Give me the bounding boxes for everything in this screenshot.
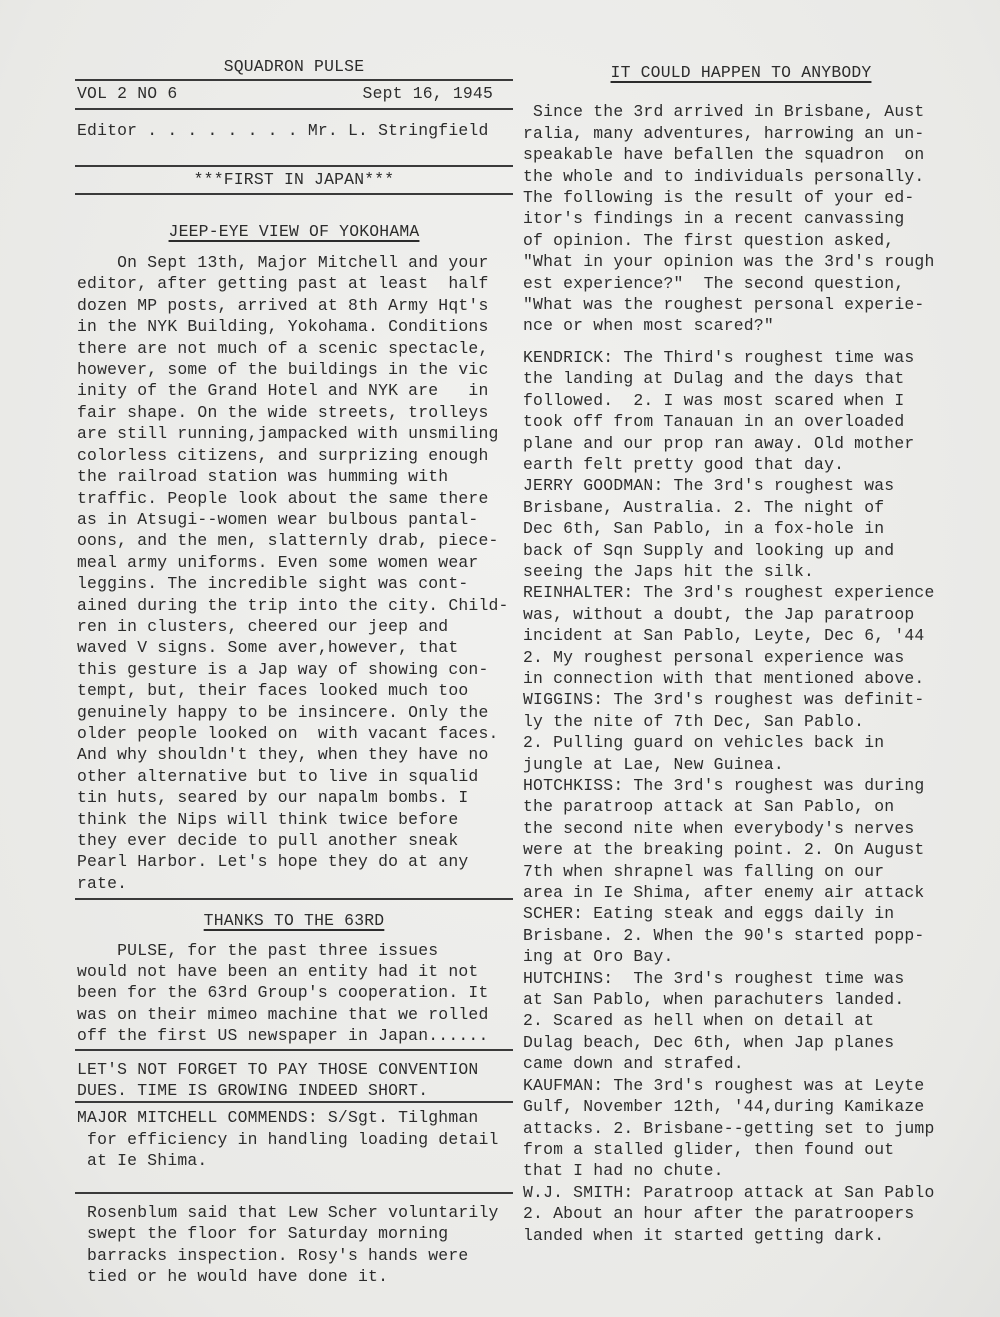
- text-line: tied or he would have done it.: [77, 1266, 513, 1287]
- text-line: however, some of the buildings in the vi…: [77, 359, 513, 380]
- text-line: ained during the trip into the city. Chi…: [77, 595, 513, 616]
- text-line: 7th when shrapnel was falling on our: [523, 861, 961, 882]
- text-line: JERRY GOODMAN: The 3rd's roughest was: [523, 475, 961, 496]
- text-line: "What in your opinion was the 3rd's roug…: [523, 251, 961, 272]
- text-line: And why shouldn't they, when they have n…: [77, 744, 513, 765]
- text-line: followed. 2. I was most scared when I: [523, 390, 961, 411]
- article-intro-anybody: Since the 3rd arrived in Brisbane, Austr…: [521, 101, 961, 336]
- text-line: landed when it started getting dark.: [523, 1225, 961, 1246]
- text-line: jungle at Lae, New Guinea.: [523, 754, 961, 775]
- text-line: Since the 3rd arrived in Brisbane, Aust: [523, 101, 961, 122]
- article-headline-thanks: THANKS TO THE 63RD: [75, 910, 513, 931]
- text-line: leggins. The incredible sight was cont-: [77, 573, 513, 594]
- text-line: back of Sqn Supply and looking up and: [523, 540, 961, 561]
- divider: [75, 1101, 513, 1103]
- text-line: The following is the result of your ed-: [523, 187, 961, 208]
- text-line: MAJOR MITCHELL COMMENDS: S/Sgt. Tilghman: [77, 1107, 513, 1128]
- text-line: would not have been an entity had it not: [77, 961, 513, 982]
- text-line: for efficiency in handling loading detai…: [77, 1129, 513, 1150]
- volume-number: VOL 2 NO 6: [77, 83, 177, 104]
- text-line: are still running,jampacked with unsmili…: [77, 423, 513, 444]
- text-line: seeing the Japs hit the silk.: [523, 561, 961, 582]
- text-line: waved V signs. Some aver,however, that: [77, 637, 513, 658]
- text-line: rate.: [77, 873, 513, 894]
- text-line: inity of the Grand Hotel and NYK are in: [77, 380, 513, 401]
- divider: [75, 79, 513, 81]
- text-line: area in Ie Shima, after enemy air attack: [523, 882, 961, 903]
- text-line: tin huts, seared by our napalm bombs. I: [77, 787, 513, 808]
- text-line: Gulf, November 12th, '44,during Kamikaze: [523, 1096, 961, 1117]
- text-line: the paratroop attack at San Pablo, on: [523, 796, 961, 817]
- text-line: earth felt pretty good that day.: [523, 454, 961, 475]
- text-line: the landing at Dulag and the days that: [523, 368, 961, 389]
- article-headline-anybody: IT COULD HAPPEN TO ANYBODY: [521, 62, 961, 83]
- divider: [75, 1049, 513, 1051]
- text-line: swept the floor for Saturday morning: [77, 1223, 513, 1244]
- text-line: attacks. 2. Brisbane--getting set to jum…: [523, 1118, 961, 1139]
- notice-rosenblum: Rosenblum said that Lew Scher voluntaril…: [75, 1202, 513, 1288]
- article-body-thanks: PULSE, for the past three issueswould no…: [75, 940, 513, 1047]
- text-line: off the first US newspaper in Japan.....…: [77, 1025, 513, 1046]
- text-line: Dec 6th, San Pablo, in a fox-hole in: [523, 518, 961, 539]
- text-line: Pearl Harbor. Let's hope they do at any: [77, 851, 513, 872]
- text-line: genuinely happy to be insincere. Only th…: [77, 702, 513, 723]
- text-line: in connection with that mentioned above.: [523, 668, 961, 689]
- text-line: LET'S NOT FORGET TO PAY THOSE CONVENTION: [77, 1059, 513, 1080]
- issue-info-row: VOL 2 NO 6 Sept 16, 1945: [75, 83, 513, 104]
- article-responses-anybody: KENDRICK: The Third's roughest time wast…: [521, 347, 961, 1246]
- text-line: there are not much of a scenic spectacle…: [77, 338, 513, 359]
- text-line: of opinion. The first question asked,: [523, 230, 961, 251]
- text-line: SCHER: Eating steak and eggs daily in: [523, 903, 961, 924]
- text-line: KAUFMAN: The 3rd's roughest was at Leyte: [523, 1075, 961, 1096]
- text-line: ly the nite of 7th Dec, San Pablo.: [523, 711, 961, 732]
- text-line: was, without a doubt, the Jap paratroop: [523, 604, 961, 625]
- left-column: SQUADRON PULSE VOL 2 NO 6 Sept 16, 1945 …: [75, 56, 513, 1287]
- text-line: W.J. SMITH: Paratroop attack at San Pabl…: [523, 1182, 961, 1203]
- text-line: KENDRICK: The Third's roughest time was: [523, 347, 961, 368]
- text-line: "What was the roughest personal experie-: [523, 294, 961, 315]
- text-line: was on their mimeo machine that we rolle…: [77, 1004, 513, 1025]
- text-line: fair shape. On the wide streets, trolley…: [77, 402, 513, 423]
- text-line: this gesture is a Jap way of showing con…: [77, 659, 513, 680]
- text-line: plane and our prop ran away. Old mother: [523, 433, 961, 454]
- text-line: the railroad station was humming with: [77, 466, 513, 487]
- text-line: think the Nips will think twice before: [77, 809, 513, 830]
- text-line: they ever decide to pull another sneak: [77, 830, 513, 851]
- text-line: PULSE, for the past three issues: [77, 940, 513, 961]
- text-line: editor, after getting past at least half: [77, 273, 513, 294]
- text-line: meal army uniforms. Even some women wear: [77, 552, 513, 573]
- text-line: 2. My roughest personal experience was: [523, 647, 961, 668]
- text-line: Brisbane. 2. When the 90's started popp-: [523, 925, 961, 946]
- text-line: Brisbane, Australia. 2. The night of: [523, 497, 961, 518]
- text-line: traffic. People look about the same ther…: [77, 488, 513, 509]
- right-column: IT COULD HAPPEN TO ANYBODY Since the 3rd…: [521, 62, 961, 1246]
- text-line: ralia, many adventures, harrowing an un-: [523, 123, 961, 144]
- section-banner: ***FIRST IN JAPAN***: [75, 169, 513, 190]
- text-line: Rosenblum said that Lew Scher voluntaril…: [77, 1202, 513, 1223]
- text-line: in the NYK Building, Yokohama. Condition…: [77, 316, 513, 337]
- text-line: at Ie Shima.: [77, 1150, 513, 1171]
- text-line: HOTCHKISS: The 3rd's roughest was during: [523, 775, 961, 796]
- editor-credit: Editor . . . . . . . . Mr. L. Stringfiel…: [75, 120, 513, 141]
- text-line: were at the breaking point. 2. On August: [523, 839, 961, 860]
- text-line: at San Pablo, when parachuters landed.: [523, 989, 961, 1010]
- divider: [75, 193, 513, 195]
- divider: [75, 108, 513, 110]
- text-line: Dulag beach, Dec 6th, when Jap planes: [523, 1032, 961, 1053]
- text-line: REINHALTER: The 3rd's roughest experienc…: [523, 582, 961, 603]
- notice-commends: MAJOR MITCHELL COMMENDS: S/Sgt. Tilghman…: [75, 1107, 513, 1171]
- article-body-jeep: On Sept 13th, Major Mitchell and youredi…: [75, 252, 513, 894]
- notice-dues: LET'S NOT FORGET TO PAY THOSE CONVENTION…: [75, 1059, 513, 1102]
- text-line: 2. Pulling guard on vehicles back in: [523, 732, 961, 753]
- text-line: that I had no chute.: [523, 1160, 961, 1181]
- text-line: incident at San Pablo, Leyte, Dec 6, '44: [523, 625, 961, 646]
- article-headline-jeep: JEEP-EYE VIEW OF YOKOHAMA: [75, 221, 513, 242]
- text-line: the second nite when everybody's nerves: [523, 818, 961, 839]
- masthead-title: SQUADRON PULSE: [75, 56, 513, 77]
- text-line: as in Atsugi--women wear bulbous pantal-: [77, 509, 513, 530]
- divider: [75, 165, 513, 167]
- text-line: barracks inspection. Rosy's hands were: [77, 1245, 513, 1266]
- text-line: itor's findings in a recent canvassing: [523, 208, 961, 229]
- text-line: DUES. TIME IS GROWING INDEED SHORT.: [77, 1080, 513, 1101]
- divider: [75, 1192, 513, 1194]
- issue-date: Sept 16, 1945: [363, 83, 493, 104]
- text-line: ing at Oro Bay.: [523, 946, 961, 967]
- text-line: ren in clusters, cheered our jeep and: [77, 616, 513, 637]
- text-line: nce or when most scared?": [523, 315, 961, 336]
- text-line: other alternative but to live in squalid: [77, 766, 513, 787]
- text-line: est experience?" The second question,: [523, 273, 961, 294]
- text-line: colorless citizens, and surprizing enoug…: [77, 445, 513, 466]
- text-line: from a stalled glider, then found out: [523, 1139, 961, 1160]
- text-line: older people looked on with vacant faces…: [77, 723, 513, 744]
- text-line: dozen MP posts, arrived at 8th Army Hqt'…: [77, 295, 513, 316]
- text-line: On Sept 13th, Major Mitchell and your: [77, 252, 513, 273]
- text-line: the whole and to individuals personally.: [523, 166, 961, 187]
- text-line: speakable have befallen the squadron on: [523, 144, 961, 165]
- newsletter-page: SQUADRON PULSE VOL 2 NO 6 Sept 16, 1945 …: [0, 0, 1000, 1317]
- text-line: 2. Scared as hell when on detail at: [523, 1010, 961, 1031]
- text-line: took off from Tanauan in an overloaded: [523, 411, 961, 432]
- text-line: oons, and the men, slatternly drab, piec…: [77, 530, 513, 551]
- text-line: been for the 63rd Group's cooperation. I…: [77, 982, 513, 1003]
- text-line: HUTCHINS: The 3rd's roughest time was: [523, 968, 961, 989]
- text-line: came down and strafed.: [523, 1053, 961, 1074]
- text-line: tempt, but, their faces looked much too: [77, 680, 513, 701]
- text-line: WIGGINS: The 3rd's roughest was definit-: [523, 689, 961, 710]
- divider: [75, 898, 513, 900]
- text-line: 2. About an hour after the paratroopers: [523, 1203, 961, 1224]
